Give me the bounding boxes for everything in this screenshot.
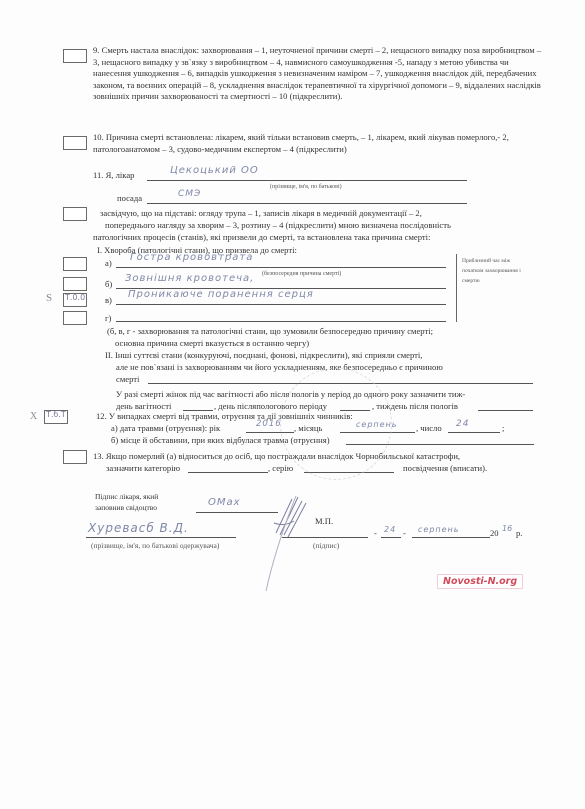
cause-c-value: Проникаюче поранення серця	[128, 289, 314, 300]
cause-b-value: Зовнішня кровотеча,	[125, 273, 254, 284]
sign-day-field[interactable]	[381, 537, 401, 538]
section12-margin-note: X	[30, 411, 37, 422]
cause-a-field[interactable]	[116, 267, 446, 268]
injury-day-semicolon: ;	[502, 423, 504, 433]
doctor-name-field[interactable]	[147, 180, 467, 181]
death-certificate-page: 9. Смерть настала внаслідок: захворюванн…	[0, 0, 585, 809]
time-interval-note: Приблизний час між початком захворювання…	[462, 256, 532, 286]
official-stamp-outline	[280, 368, 392, 480]
certify-text-2: попереднього нагляду за хворим – 3, розт…	[105, 220, 451, 230]
certify-text-3: патологічних процесів (станів), які приз…	[93, 232, 430, 242]
cause-a-label: а)	[105, 258, 112, 268]
cause-d-label: г)	[105, 313, 111, 323]
sign-year-prefix: 20	[490, 528, 499, 538]
time-column-divider	[456, 254, 457, 322]
recipient-name-field[interactable]	[86, 537, 236, 538]
cause-c-margin-note: S	[46, 292, 52, 304]
pregnancy-weeks-label: день вагітності	[116, 401, 171, 411]
injury-date-label: а) дата травми (отруєння): рік	[111, 423, 220, 433]
position-label: посада	[117, 193, 142, 203]
injury-day-label: , число	[416, 423, 442, 433]
signature-line-stroke	[246, 496, 306, 596]
chernobyl-series-label: , серію	[268, 463, 293, 473]
pregnancy-week-after-field[interactable]	[478, 410, 533, 411]
sign-day-value: 24	[384, 525, 396, 534]
section9-code-box[interactable]	[63, 49, 87, 63]
chernobyl-category-field[interactable]	[188, 472, 268, 473]
immediate-cause-hint: (безпосередня причина смерті)	[262, 271, 341, 277]
cause-c-code-box[interactable]: Т.0.0	[63, 293, 87, 307]
cause-a-code-box[interactable]	[63, 257, 87, 271]
cause-b-code-box[interactable]	[63, 277, 87, 291]
part2-text-3: смерті	[116, 374, 139, 384]
injury-day-field[interactable]	[448, 432, 500, 433]
section9-text: 9. Смерть настала внаслідок: захворюванн…	[93, 45, 543, 103]
doctor-sign-label-1: Підпис лікаря, який	[95, 492, 158, 501]
part2-text-1: II. Інші суттєві стани (конкуруючі, поєд…	[105, 350, 422, 360]
certify-text-1: засвідчую, що на підставі: огляду трупа …	[100, 208, 422, 218]
cause-d-field[interactable]	[116, 321, 446, 322]
section13-text-1: 13. Якщо померлий (а) відноситься до осі…	[93, 451, 460, 461]
recipient-name-value: Хуревасб В.Д.	[88, 521, 189, 535]
doctor-sign-label-2: заповнив свідоцтво	[95, 503, 157, 512]
chernobyl-cert-label: посвідчення (вписати).	[403, 463, 487, 473]
position-value: СМЭ	[178, 189, 201, 199]
stamp-label: М.П.	[315, 516, 333, 526]
watermark: Novosti-N.org	[437, 574, 523, 589]
injury-day-value: 24	[456, 419, 469, 429]
date-dash-2: -	[403, 528, 406, 538]
section11-code-box[interactable]	[63, 207, 87, 221]
recipient-name-hint: (прізвище, ім'я, по батькові одержувача)	[91, 541, 219, 550]
cause-a-value: Гостра крововтрата	[130, 252, 253, 263]
doctor-name-value: Цекоцький ОО	[170, 165, 259, 176]
section10-code-box[interactable]	[63, 136, 87, 150]
section10-text: 10. Причина смерті встановлена: лікарем,…	[93, 132, 548, 155]
doctor-signature-value: ОМах	[208, 497, 241, 508]
cause-d-code-box[interactable]	[63, 311, 87, 325]
section13-code-box[interactable]	[63, 450, 87, 464]
date-dash-1: -	[374, 528, 377, 538]
sign-month-field[interactable]	[412, 537, 490, 538]
injury-year-value: 2016	[256, 419, 282, 429]
cause-c-field[interactable]	[116, 304, 446, 305]
part1-footnote-1: (б, в, г - захворювання та патологічні с…	[107, 326, 433, 336]
chernobyl-category-label: зазначити категорію	[106, 463, 180, 473]
doctor-label: 11. Я, лікар	[93, 170, 134, 180]
position-field[interactable]	[147, 203, 467, 204]
recipient-signature-field[interactable]	[282, 537, 368, 538]
doctor-name-hint: (прізвище, ім'я, по батькові)	[270, 184, 342, 190]
part2-text-2: але не пов`язані із захворюванням чи йог…	[116, 362, 443, 372]
sign-date-suffix: р.	[516, 528, 522, 538]
recipient-signature-hint: (підпис)	[313, 541, 339, 550]
cause-b-label: б)	[105, 279, 112, 289]
sign-year-suffix: 16	[502, 524, 512, 533]
cause-c-label: в)	[105, 295, 112, 305]
sign-month-value: серпень	[418, 525, 460, 534]
section12-code-box[interactable]: Т.б.Т	[44, 410, 68, 424]
part1-footnote-2: основна причина смерті вказується в оста…	[115, 338, 309, 348]
